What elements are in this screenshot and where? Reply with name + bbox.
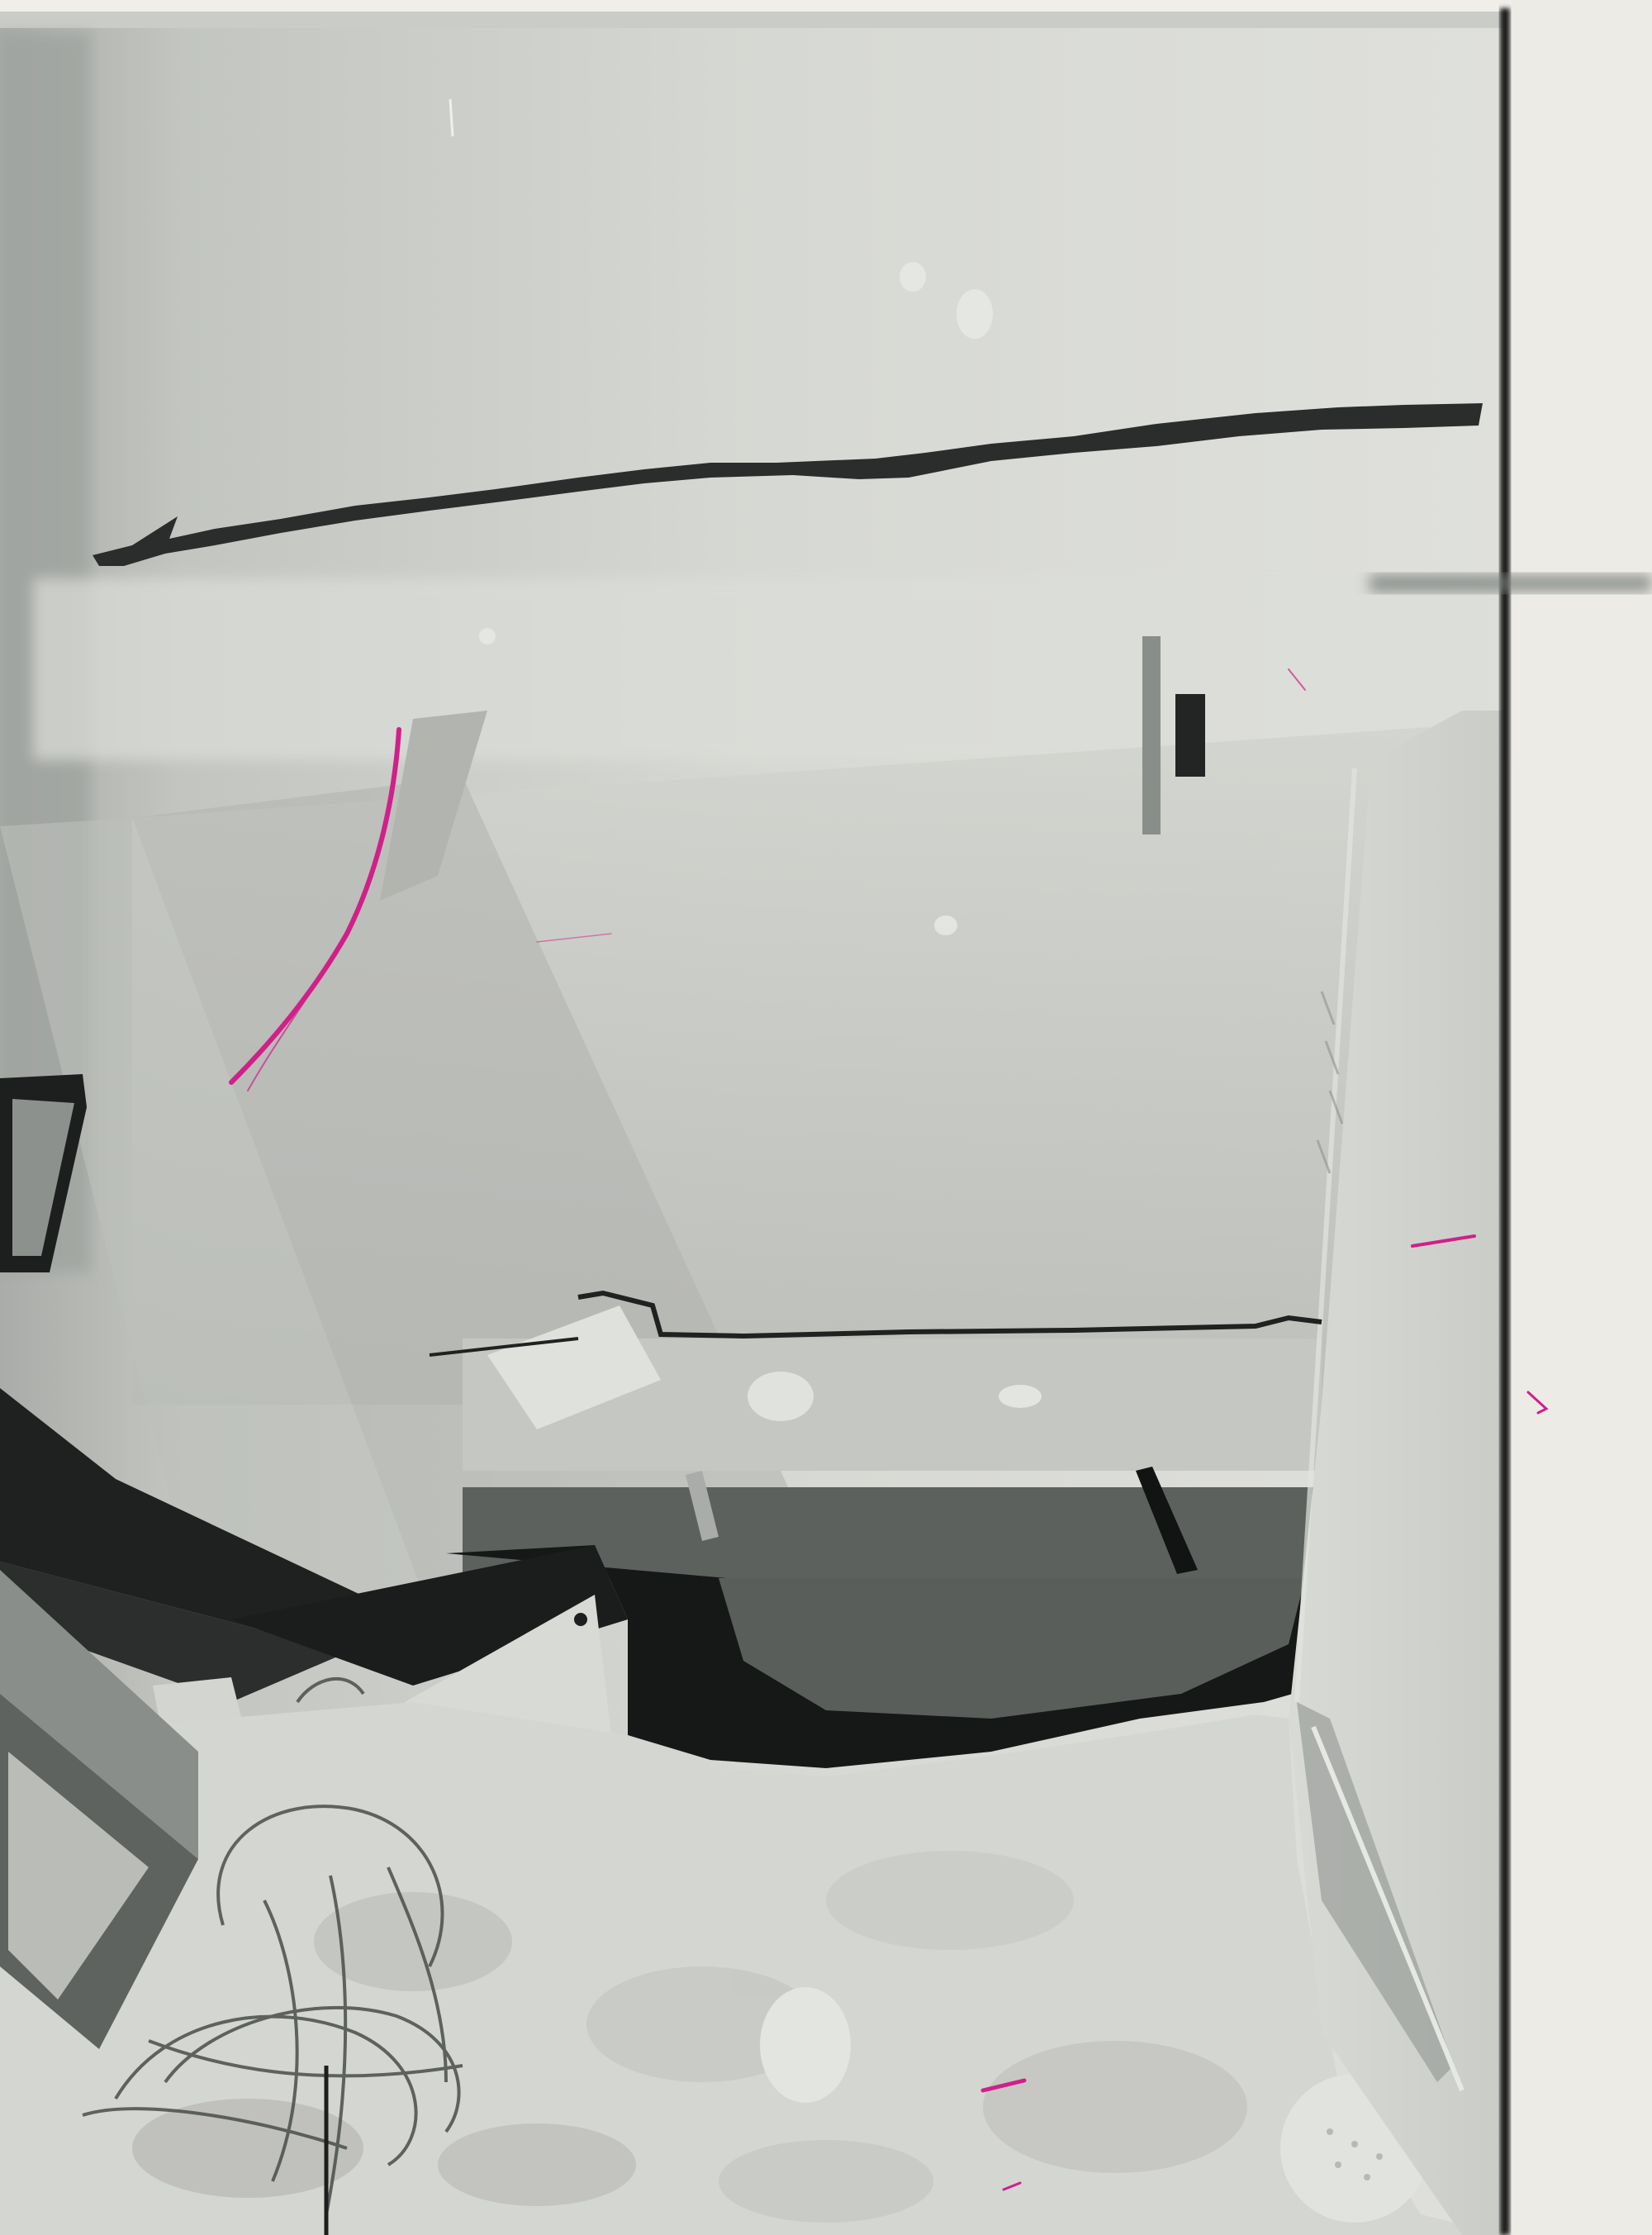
photograph (0, 0, 1652, 2235)
